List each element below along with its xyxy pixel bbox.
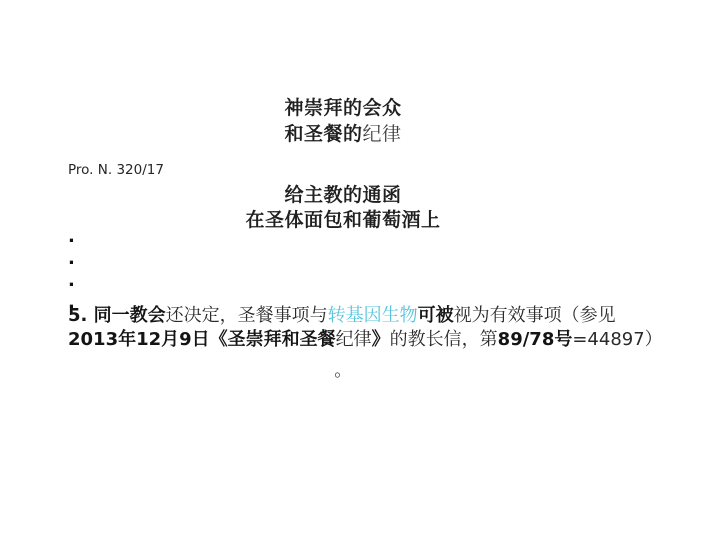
paragraph-line-2-bold-number: 89/78号 — [498, 329, 573, 350]
body-paragraph: 5. 同一教会还决定，圣餐事项与转基因生物可被视为有效事项（参见 2013年12… — [68, 304, 663, 351]
paragraph-line-2-regular-tail: =44897） — [572, 329, 662, 350]
paragraph-line-1-regular-tail: 视为有效事项（参见 — [454, 305, 616, 326]
paragraph-line-1-bold-lead: 5. 同一教会 — [68, 305, 166, 326]
paragraph-line-2-light: 纪律 — [336, 329, 372, 350]
title-line-2-bold: 和圣餐的 — [284, 123, 362, 145]
subheading: 给主教的通函 在圣体面包和葡萄酒上 — [36, 183, 650, 233]
bullet-dot: . — [68, 248, 75, 270]
paragraph-line-1: 5. 同一教会还决定，圣餐事项与转基因生物可被视为有效事项（参见 — [68, 304, 663, 328]
title-line-1: 神崇拜的会众 — [36, 95, 650, 121]
subheading-line-1: 给主教的通函 — [36, 183, 650, 208]
paragraph-line-2: 2013年12月9日《圣崇拜和圣餐纪律》的教长信，第89/78号=44897） — [68, 328, 663, 352]
bullet-dot: . — [68, 226, 75, 248]
title-line-2: 和圣餐的纪律 — [36, 121, 650, 147]
subheading-line-2: 在圣体面包和葡萄酒上 — [36, 208, 650, 233]
title-line-2-light: 纪律 — [363, 123, 402, 145]
paragraph-line-2-bold-bracket: 》 — [372, 329, 390, 350]
bullet-dot: . — [68, 270, 75, 292]
bullet-dot-list: . . . . — [68, 226, 75, 314]
protocol-reference-number: Pro. N. 320/17 — [68, 162, 164, 178]
document-page: 神崇拜的会众 和圣餐的纪律 Pro. N. 320/17 给主教的通函 在圣体面… — [0, 0, 720, 540]
document-title: 神崇拜的会众 和圣餐的纪律 — [36, 95, 650, 147]
paragraph-line-1-bold-mid: 可被 — [418, 305, 454, 326]
paragraph-line-2-bold-lead: 2013年12月9日《圣崇拜和圣餐 — [68, 329, 336, 350]
paragraph-line-1-highlighted-term: 转基因生物 — [328, 305, 418, 326]
paragraph-line-2-regular: 的教长信，第 — [390, 329, 498, 350]
paragraph-line-1-regular: 还决定，圣餐事项与 — [166, 305, 328, 326]
paragraph-end-mark: 。 — [36, 357, 650, 382]
